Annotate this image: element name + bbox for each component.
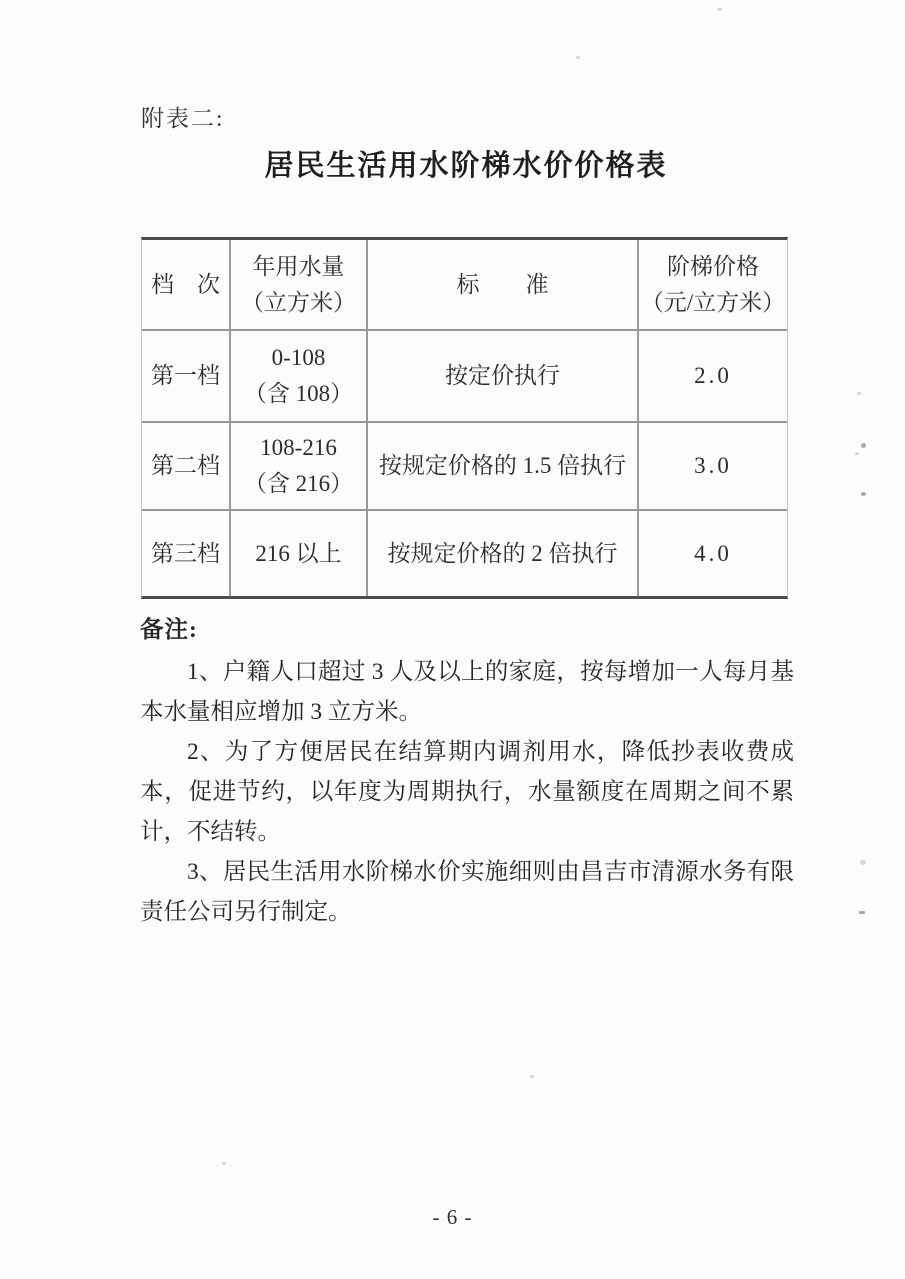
row2-price-value: 3.0 xyxy=(694,448,732,484)
table-row-2-volume: 108-216 （含 216） xyxy=(231,423,368,511)
scan-speck xyxy=(861,492,866,496)
notes-section: 备注: 1、户籍人口超过 3 人及以上的家庭，按每增加一人每月基本水量相应增加 … xyxy=(140,610,794,932)
water-price-table: 档 次 年用水量 （立方米） 标 准 阶梯价格 （元/立方米） 第一档 0-10… xyxy=(141,237,788,599)
document-title: 居民生活用水阶梯水价价格表 xyxy=(140,143,792,184)
row1-volume-line1: 0-108 xyxy=(272,340,326,376)
scan-speck xyxy=(222,1162,226,1165)
row1-price-value: 2.0 xyxy=(694,358,732,394)
header-price-line2: （元/立方米） xyxy=(641,285,785,321)
notes-label: 备注: xyxy=(140,610,794,650)
table-row-3-tier: 第三档 xyxy=(142,511,231,596)
row2-volume-line2: （含 216） xyxy=(244,466,353,502)
scan-speck xyxy=(857,392,861,395)
row1-standard-text: 按定价执行 xyxy=(445,358,560,394)
row3-tier-text: 第三档 xyxy=(151,536,220,572)
note-item-1: 1、户籍人口超过 3 人及以上的家庭，按每增加一人每月基本水量相应增加 3 立方… xyxy=(140,652,794,732)
scan-speck xyxy=(859,911,865,914)
table-row-3-standard: 按规定价格的 2 倍执行 xyxy=(368,511,639,596)
row2-standard-text: 按规定价格的 1.5 倍执行 xyxy=(379,448,626,484)
table-row-2-price: 3.0 xyxy=(639,423,787,511)
header-tier-text: 档 次 xyxy=(151,267,220,303)
table-header-volume: 年用水量 （立方米） xyxy=(231,240,368,331)
header-standard-text: 标 准 xyxy=(457,267,549,303)
scan-speck xyxy=(860,860,866,865)
row2-volume-line1: 108-216 xyxy=(260,430,337,466)
scan-speck xyxy=(717,8,722,11)
row2-tier-text: 第二档 xyxy=(151,448,220,484)
table-header-standard: 标 准 xyxy=(368,240,639,331)
note-item-2: 2、为了方便居民在结算期内调剂用水，降低抄表收费成本，促进节约，以年度为周期执行… xyxy=(140,732,794,852)
row1-tier-text: 第一档 xyxy=(151,358,220,394)
page-number: - 6 - xyxy=(0,1205,905,1230)
header-price-line1: 阶梯价格 xyxy=(667,249,759,285)
scanned-document-page: 附表二: 居民生活用水阶梯水价价格表 档 次 年用水量 （立方米） 标 准 阶梯… xyxy=(0,0,905,1279)
note-item-3: 3、居民生活用水阶梯水价实施细则由昌吉市清源水务有限责任公司另行制定。 xyxy=(140,852,794,932)
scan-speck xyxy=(530,1075,534,1078)
table-row-1-volume: 0-108 （含 108） xyxy=(231,331,368,423)
table-row-1-standard: 按定价执行 xyxy=(368,331,639,423)
row1-volume-line2: （含 108） xyxy=(244,376,353,412)
table-row-1-tier: 第一档 xyxy=(142,331,231,423)
appendix-label: 附表二: xyxy=(141,100,224,133)
header-volume-line1: 年用水量 xyxy=(253,249,345,285)
row3-price-value: 4.0 xyxy=(694,536,732,572)
table-row-3-volume: 216 以上 xyxy=(231,511,368,596)
scan-speck xyxy=(861,443,866,448)
row3-standard-text: 按规定价格的 2 倍执行 xyxy=(388,536,618,572)
scan-speck xyxy=(855,452,859,455)
table-row-3-price: 4.0 xyxy=(639,511,787,596)
row3-volume-line1: 216 以上 xyxy=(255,536,341,572)
table-row-2-standard: 按规定价格的 1.5 倍执行 xyxy=(368,423,639,511)
table-header-price: 阶梯价格 （元/立方米） xyxy=(639,240,787,331)
header-volume-line2: （立方米） xyxy=(241,285,356,321)
table-header-tier: 档 次 xyxy=(142,240,231,331)
table-row-2-tier: 第二档 xyxy=(142,423,231,511)
table-row-1-price: 2.0 xyxy=(639,331,787,423)
scan-speck xyxy=(576,56,580,59)
